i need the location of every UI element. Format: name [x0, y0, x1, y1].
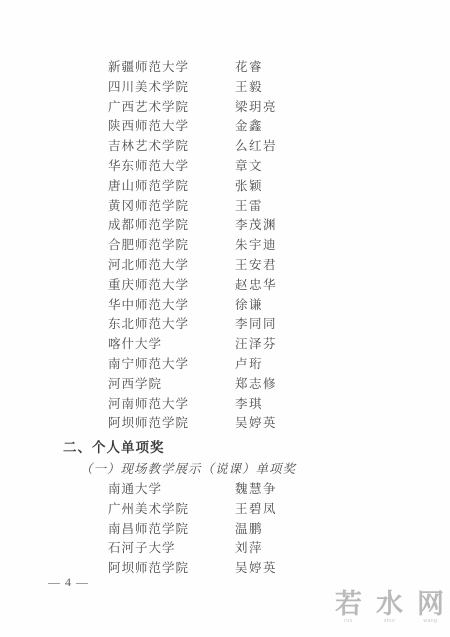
award-row: 喀什大学汪泽芬	[108, 335, 277, 355]
school-name: 阿坝师范学院	[108, 559, 235, 579]
school-name: 南宁师范大学	[108, 355, 235, 375]
award-row: 石河子大学刘萍	[108, 539, 277, 559]
award-row: 重庆师范大学赵忠华	[108, 276, 277, 296]
award-row: 南宁师范大学卢珩	[108, 355, 277, 375]
award-row: 陕西师范大学金鑫	[108, 117, 277, 137]
school-name: 南昌师范学院	[108, 520, 235, 540]
award-row: 南通大学魏慧争	[108, 480, 277, 500]
school-name: 阿坝师范学院	[108, 414, 235, 434]
watermark-char-block: 若 ruo	[335, 590, 362, 625]
school-name: 喀什大学	[108, 335, 235, 355]
school-name: 陕西师范大学	[108, 117, 235, 137]
award-row: 华中师范大学徐谦	[108, 296, 277, 316]
award-row: 新疆师范大学花睿	[108, 58, 277, 78]
school-name: 河南师范大学	[108, 395, 235, 415]
school-name: 河北师范大学	[108, 256, 235, 276]
award-row: 南昌师范学院温鹏	[108, 520, 277, 540]
winner-name: 金鑫	[235, 117, 263, 137]
school-name: 吉林艺术学院	[108, 137, 235, 157]
award-row: 河北师范大学王安君	[108, 256, 277, 276]
winner-name: 刘萍	[235, 539, 263, 559]
winner-name: 梁玥亮	[235, 98, 277, 118]
section-subheading: （一）现场教学展示（说课）单项奖	[80, 459, 296, 477]
school-name: 广西艺术学院	[108, 98, 235, 118]
award-row: 河南师范大学李琪	[108, 395, 277, 415]
winner-name: 李琪	[235, 395, 263, 415]
award-row: 阿坝师范学院吴婷英	[108, 414, 277, 434]
watermark-char-block: 网 wang	[417, 590, 444, 625]
section-heading: 二、个人单项奖	[63, 436, 165, 456]
watermark-subtext: wang	[424, 618, 438, 625]
school-name: 广州美术学院	[108, 500, 235, 520]
school-name: 成都师范学院	[108, 216, 235, 236]
single-award-list: 南通大学魏慧争广州美术学院王碧凤南昌师范学院温鹏石河子大学刘萍阿坝师范学院吴婷英	[108, 480, 277, 579]
school-name: 南通大学	[108, 480, 235, 500]
award-row: 黄冈师范学院王雷	[108, 197, 277, 217]
award-row: 唐山师范学院张颖	[108, 177, 277, 197]
watermark-subtext: shui	[384, 618, 395, 625]
award-row: 成都师范学院李茂渊	[108, 216, 277, 236]
watermark-char: 水	[376, 590, 403, 618]
winner-name: 吴婷英	[235, 559, 277, 579]
document-page: 新疆师范大学花睿四川美术学院王毅广西艺术学院梁玥亮陕西师范大学金鑫吉林艺术学院么…	[0, 0, 450, 637]
winner-name: 张颖	[235, 177, 263, 197]
school-name: 黄冈师范学院	[108, 197, 235, 217]
winner-name: 王安君	[235, 256, 277, 276]
group-award-list: 新疆师范大学花睿四川美术学院王毅广西艺术学院梁玥亮陕西师范大学金鑫吉林艺术学院么…	[108, 58, 277, 434]
award-row: 合肥师范学院朱宇迪	[108, 236, 277, 256]
winner-name: 王毅	[235, 78, 263, 98]
school-name: 东北师范大学	[108, 315, 235, 335]
winner-name: 徐谦	[235, 296, 263, 316]
watermark-char: 网	[417, 590, 444, 618]
award-row: 阿坝师范学院吴婷英	[108, 559, 277, 579]
winner-name: 花睿	[235, 58, 263, 78]
school-name: 华东师范大学	[108, 157, 235, 177]
page-number: — 4 —	[48, 575, 89, 590]
school-name: 合肥师范学院	[108, 236, 235, 256]
winner-name: 温鹏	[235, 520, 263, 540]
winner-name: 赵忠华	[235, 276, 277, 296]
school-name: 河西学院	[108, 375, 235, 395]
watermark: 若 ruo 水 shui 网 wang	[335, 590, 444, 625]
winner-name: 卢珩	[235, 355, 263, 375]
school-name: 唐山师范学院	[108, 177, 235, 197]
award-row: 河西学院郑志修	[108, 375, 277, 395]
winner-name: 么红岩	[235, 137, 277, 157]
winner-name: 朱宇迪	[235, 236, 277, 256]
award-row: 四川美术学院王毅	[108, 78, 277, 98]
award-row: 华东师范大学章文	[108, 157, 277, 177]
winner-name: 吴婷英	[235, 414, 277, 434]
winner-name: 魏慧争	[235, 480, 277, 500]
award-row: 广州美术学院王碧凤	[108, 500, 277, 520]
watermark-subtext: ruo	[344, 618, 353, 625]
winner-name: 李茂渊	[235, 216, 277, 236]
winner-name: 郑志修	[235, 375, 277, 395]
school-name: 重庆师范大学	[108, 276, 235, 296]
winner-name: 章文	[235, 157, 263, 177]
winner-name: 王碧凤	[235, 500, 277, 520]
school-name: 华中师范大学	[108, 296, 235, 316]
winner-name: 汪泽芬	[235, 335, 277, 355]
school-name: 石河子大学	[108, 539, 235, 559]
award-row: 广西艺术学院梁玥亮	[108, 98, 277, 118]
winner-name: 李同同	[235, 315, 277, 335]
watermark-char-block: 水 shui	[376, 590, 403, 625]
award-row: 吉林艺术学院么红岩	[108, 137, 277, 157]
school-name: 新疆师范大学	[108, 58, 235, 78]
school-name: 四川美术学院	[108, 78, 235, 98]
watermark-char: 若	[335, 590, 362, 618]
award-row: 东北师范大学李同同	[108, 315, 277, 335]
winner-name: 王雷	[235, 197, 263, 217]
